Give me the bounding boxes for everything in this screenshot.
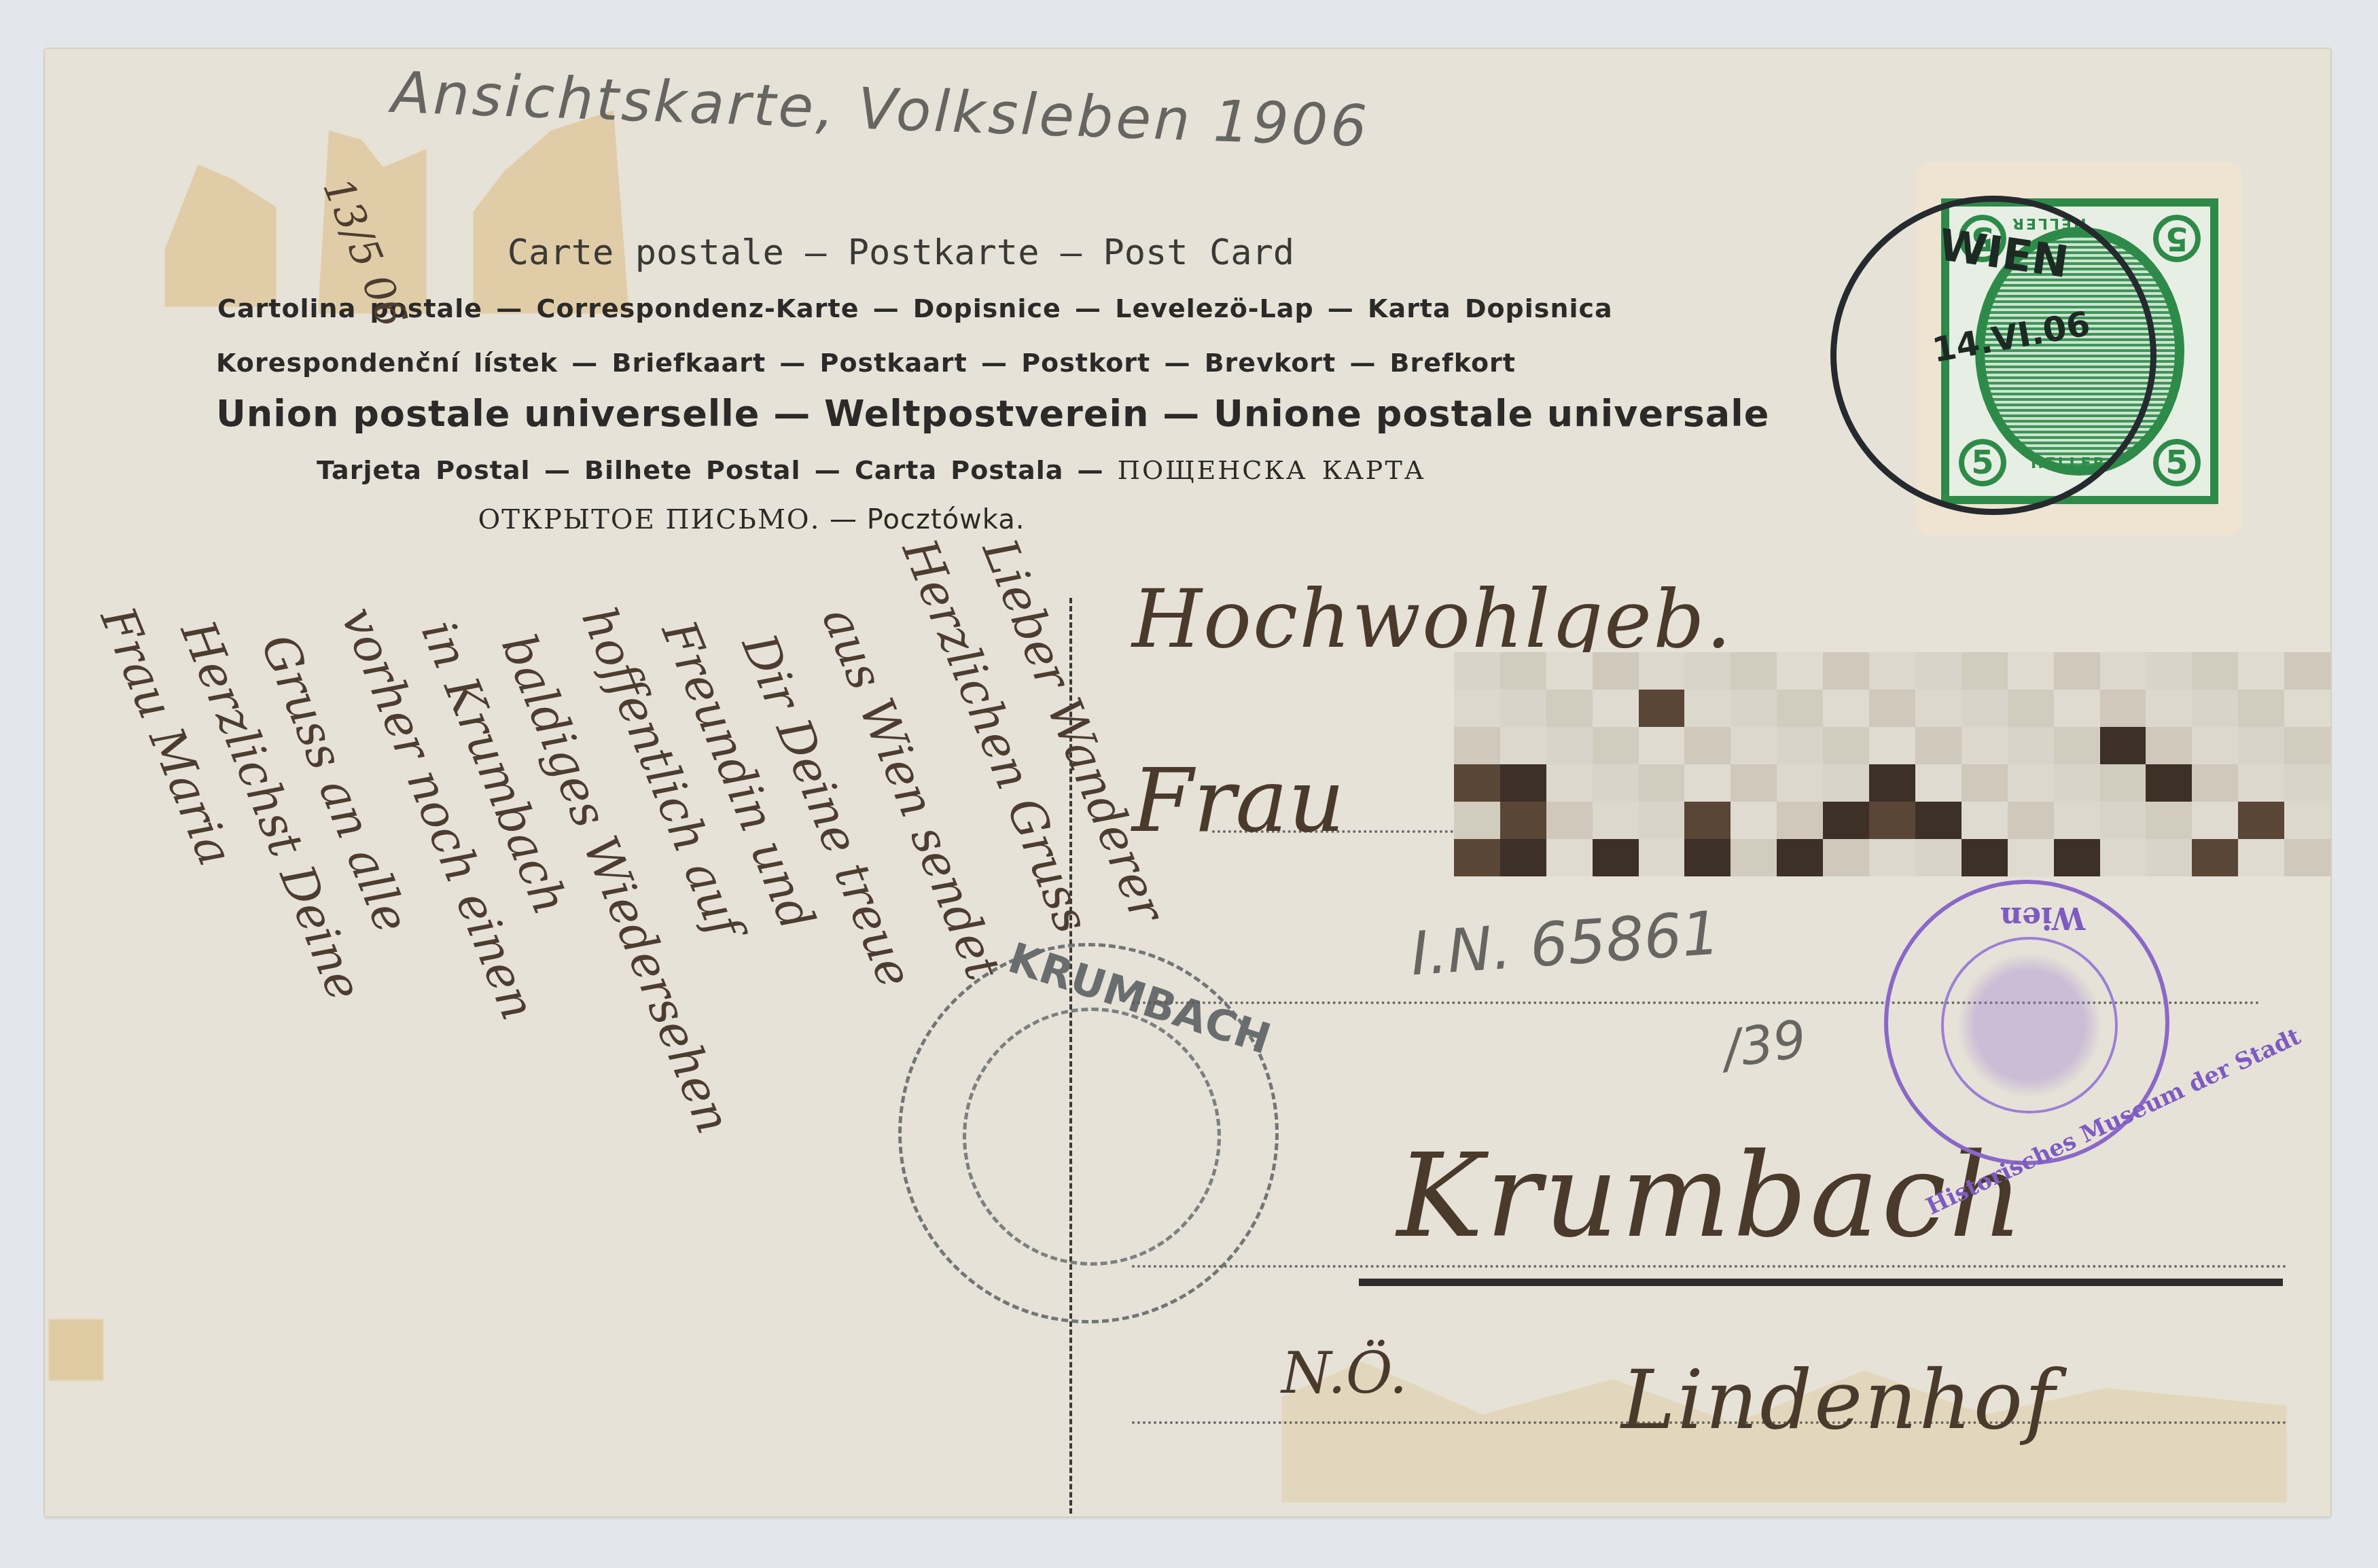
stamp-denomination: 5 <box>2153 439 2201 486</box>
address-line-3-thick <box>1359 1279 2283 1286</box>
postmark-wien-city: WIEN <box>1936 220 2072 288</box>
address-line-3 <box>1132 1265 2287 1268</box>
row5-cyrillic: ПОЩЕНСКА КАРТА <box>1118 455 1426 485</box>
postmark-wien: WIEN 14.VI.06 <box>1830 196 2157 515</box>
region: N.Ö. <box>1281 1340 1407 1406</box>
museum-stamp-city: Wien <box>2000 900 2085 935</box>
stamp-denomination: 5 <box>2153 215 2201 262</box>
recipient-prefix: Frau <box>1132 749 1345 852</box>
archive-number: I.N. 65861 <box>1408 897 1722 989</box>
museum-stamp: Wien Historisches Museum der Stadt <box>1884 880 2169 1165</box>
handwritten-message: Lieber WandererHerzlichen Grussaus Wien … <box>86 151 1064 1503</box>
street: Lindenhof <box>1621 1353 2057 1448</box>
redacted-recipient-name <box>1454 652 2330 876</box>
eagle-crest-icon <box>1941 937 2118 1113</box>
postmark-wien-date: 14.VI.06 <box>1930 304 2093 370</box>
postcard: Ansichtskarte, Volksleben 1906 Carte pos… <box>45 49 2330 1516</box>
message-date: 13/5 06 <box>313 171 416 334</box>
postmark-krumbach: KRUMBACH <box>898 943 1279 1323</box>
archive-sub: /39 <box>1719 1008 1810 1080</box>
